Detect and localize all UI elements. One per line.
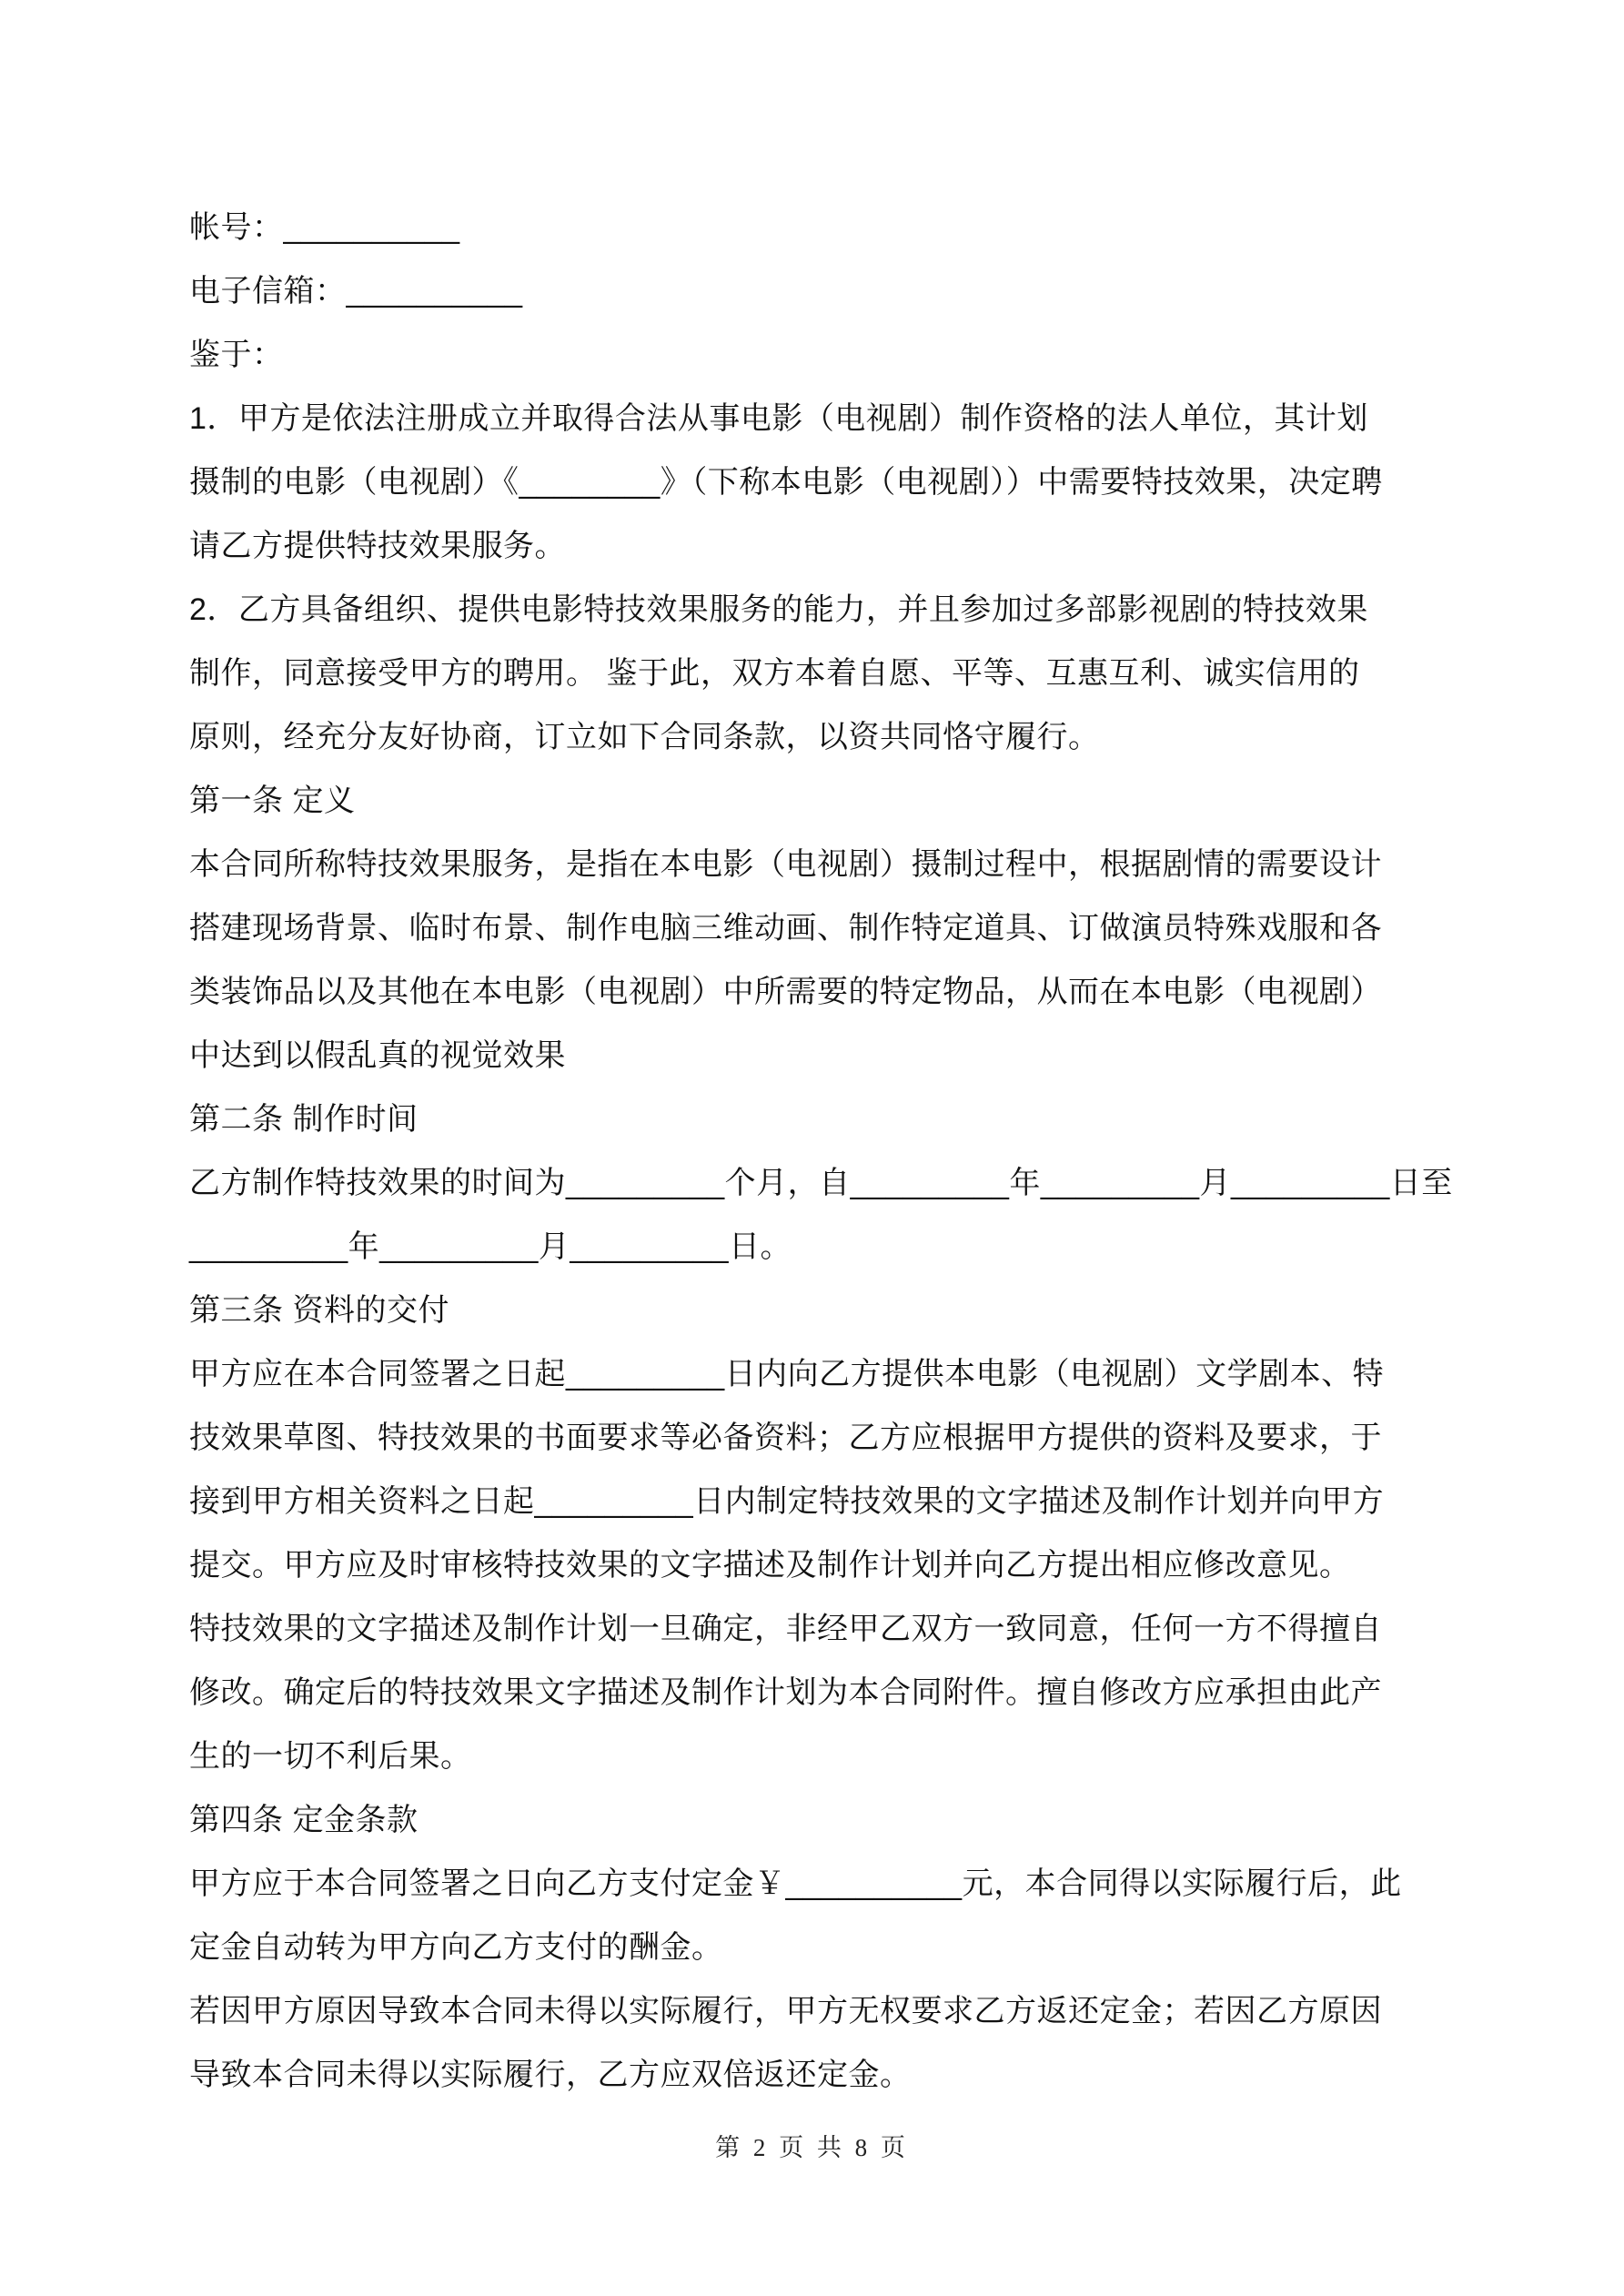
recital-2-line: 2．乙方具备组织、提供电影特技效果服务的能力，并且参加过多部影视剧的特技效果	[189, 578, 1456, 642]
recital-1-line: 摄制的电影（电视剧）《________》（下称本电影（电视剧））中需要特技效果，…	[189, 450, 1456, 514]
clause-4-line: 甲方应于本合同签署之日向乙方支付定金￥__________元，本合同得以实际履行…	[189, 1852, 1456, 1916]
clause-1-line: 类装饰品以及其他在本电影（电视剧）中所需要的特定物品，从而在本电影（电视剧）	[189, 960, 1456, 1024]
clause-3-line: 甲方应在本合同签署之日起_________日内向乙方提供本电影（电视剧）文学剧本…	[189, 1342, 1456, 1406]
contract-body: 帐号：__________ 电子信箱：__________ 鉴于： 1．甲方是依…	[189, 196, 1456, 2107]
clause-2-heading: 第二条 制作时间	[189, 1087, 1456, 1151]
clause-3-line: 提交。甲方应及时审核特技效果的文字描述及制作计划并向乙方提出相应修改意见。	[189, 1533, 1456, 1597]
clause-1-line: 中达到以假乱真的视觉效果	[189, 1024, 1456, 1087]
clause-1-line: 本合同所称特技效果服务，是指在本电影（电视剧）摄制过程中，根据剧情的需要设计	[189, 833, 1456, 896]
clause-4-line: 若因甲方原因导致本合同未得以实际履行，甲方无权要求乙方返还定金；若因乙方原因	[189, 1979, 1456, 2043]
clause-3-line: 生的一切不利后果。	[189, 1725, 1456, 1788]
clause-3-line: 接到甲方相关资料之日起_________日内制定特技效果的文字描述及制作计划并向…	[189, 1470, 1456, 1533]
clause-3-heading: 第三条 资料的交付	[189, 1279, 1456, 1342]
clause-4-line: 导致本合同未得以实际履行，乙方应双倍返还定金。	[189, 2043, 1456, 2107]
clause-1-line: 搭建现场背景、临时布景、制作电脑三维动画、制作特定道具、订做演员特殊戏服和各	[189, 896, 1456, 960]
clause-3-line: 修改。确定后的特技效果文字描述及制作计划为本合同附件。擅自修改方应承担由此产	[189, 1661, 1456, 1725]
email-line: 电子信箱：__________	[189, 259, 1456, 323]
clause-4-heading: 第四条 定金条款	[189, 1788, 1456, 1852]
recital-1-line: 请乙方提供特技效果服务。	[189, 514, 1456, 578]
account-number-line: 帐号：__________	[189, 196, 1456, 259]
whereas-label: 鉴于：	[189, 323, 1456, 387]
clause-3-line: 特技效果的文字描述及制作计划一旦确定，非经甲乙双方一致同意，任何一方不得擅自	[189, 1597, 1456, 1661]
clause-1-heading: 第一条 定义	[189, 769, 1456, 833]
recital-1-line: 1．甲方是依法注册成立并取得合法从事电影（电视剧）制作资格的法人单位，其计划	[189, 387, 1456, 450]
clause-4-line: 定金自动转为甲方向乙方支付的酬金。	[189, 1916, 1456, 1979]
clause-3-line: 技效果草图、特技效果的书面要求等必备资料；乙方应根据甲方提供的资料及要求，于	[189, 1406, 1456, 1470]
page-number-footer: 第 2 页 共 8 页	[0, 2116, 1624, 2180]
clause-2-line: _________年_________月_________日。	[189, 1215, 1456, 1279]
recital-2-line: 制作，同意接受甲方的聘用。 鉴于此，双方本着自愿、平等、互惠互利、诚实信用的	[189, 642, 1456, 705]
recital-2-line: 原则，经充分友好协商，订立如下合同条款，以资共同恪守履行。	[189, 705, 1456, 769]
clause-2-line: 乙方制作特技效果的时间为_________个月，自_________年_____…	[189, 1151, 1456, 1215]
